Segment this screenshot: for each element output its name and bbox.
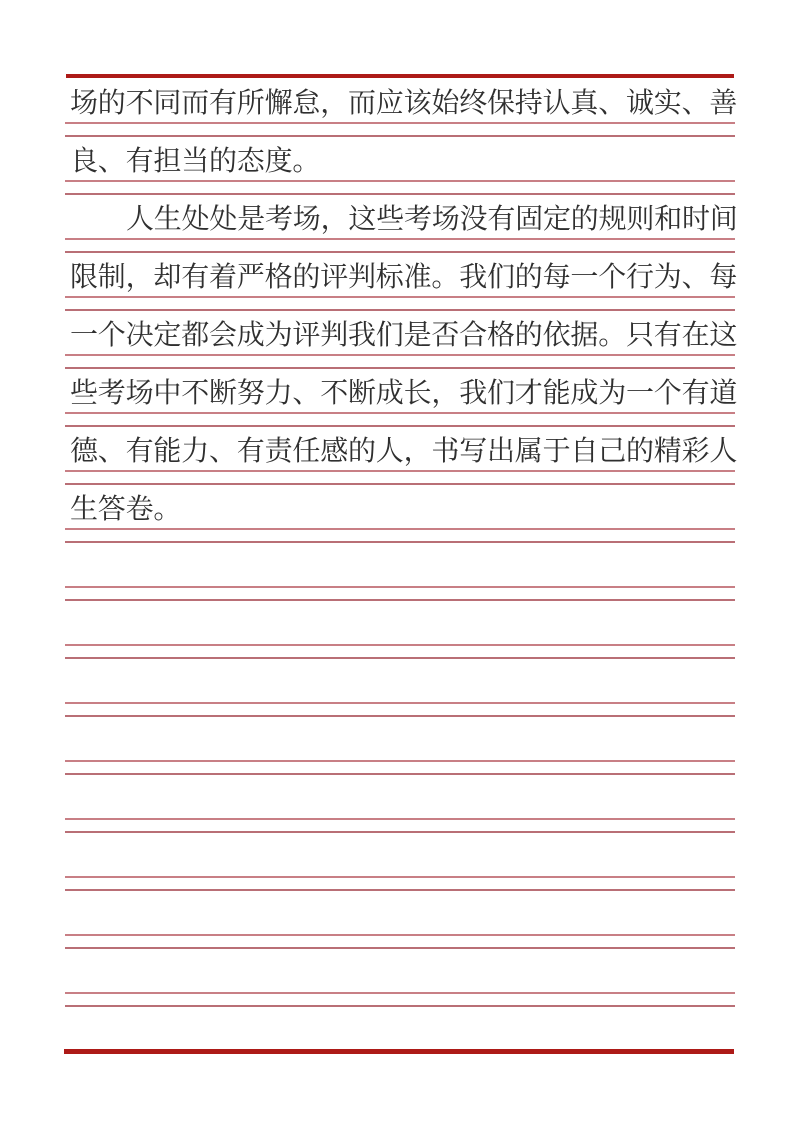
rule-line-lower <box>65 599 735 601</box>
essay-line: 生答卷。 <box>70 490 738 528</box>
rule-line-upper <box>65 934 735 936</box>
rule-line-lower <box>65 251 735 253</box>
essay-line: 人生处处是考场，这些考场没有固定的规则和时间 <box>70 200 738 238</box>
rule-line-upper <box>65 586 735 588</box>
rule-line-lower <box>65 831 735 833</box>
rule-line-lower <box>65 367 735 369</box>
rule-line-upper <box>65 702 735 704</box>
rule-line-lower <box>65 657 735 659</box>
rule-line-upper <box>65 122 735 124</box>
rule-line-lower <box>65 1005 735 1007</box>
rule-line-lower <box>65 889 735 891</box>
rule-line-upper <box>65 876 735 878</box>
rule-line-upper <box>65 760 735 762</box>
rule-line-upper <box>65 354 735 356</box>
essay-line: 德、有能力、有责任感的人，书写出属于自己的精彩人 <box>70 432 738 470</box>
rule-line-upper <box>65 412 735 414</box>
rule-line-upper <box>65 180 735 182</box>
rule-line-lower <box>65 309 735 311</box>
essay-line: 一个决定都会成为评判我们是否合格的依据。只有在这 <box>70 316 738 354</box>
rule-line-upper <box>65 296 735 298</box>
top-border-line <box>66 74 734 78</box>
essay-line: 场的不同而有所懈怠，而应该始终保持认真、诚实、善 <box>70 84 738 122</box>
rule-line-lower <box>65 483 735 485</box>
rule-line-lower <box>65 541 735 543</box>
rule-line-upper <box>65 644 735 646</box>
rule-line-upper <box>65 238 735 240</box>
bottom-border-line <box>64 1049 734 1054</box>
essay-line: 些考场中不断努力、不断成长，我们才能成为一个有道 <box>70 374 738 412</box>
rule-line-lower <box>65 947 735 949</box>
rule-line-lower <box>65 715 735 717</box>
rule-line-upper <box>65 470 735 472</box>
writing-sheet-page: 场的不同而有所懈怠，而应该始终保持认真、诚实、善 良、有担当的态度。 人生处处是… <box>0 0 800 1132</box>
rule-line-lower <box>65 135 735 137</box>
rule-line-upper <box>65 528 735 530</box>
rule-line-upper <box>65 818 735 820</box>
rule-line-lower <box>65 773 735 775</box>
rule-line-lower <box>65 425 735 427</box>
essay-line: 良、有担当的态度。 <box>70 142 738 180</box>
essay-line: 限制，却有着严格的评判标准。我们的每一个行为、每 <box>70 258 738 296</box>
rule-line-upper <box>65 992 735 994</box>
rule-line-lower <box>65 193 735 195</box>
